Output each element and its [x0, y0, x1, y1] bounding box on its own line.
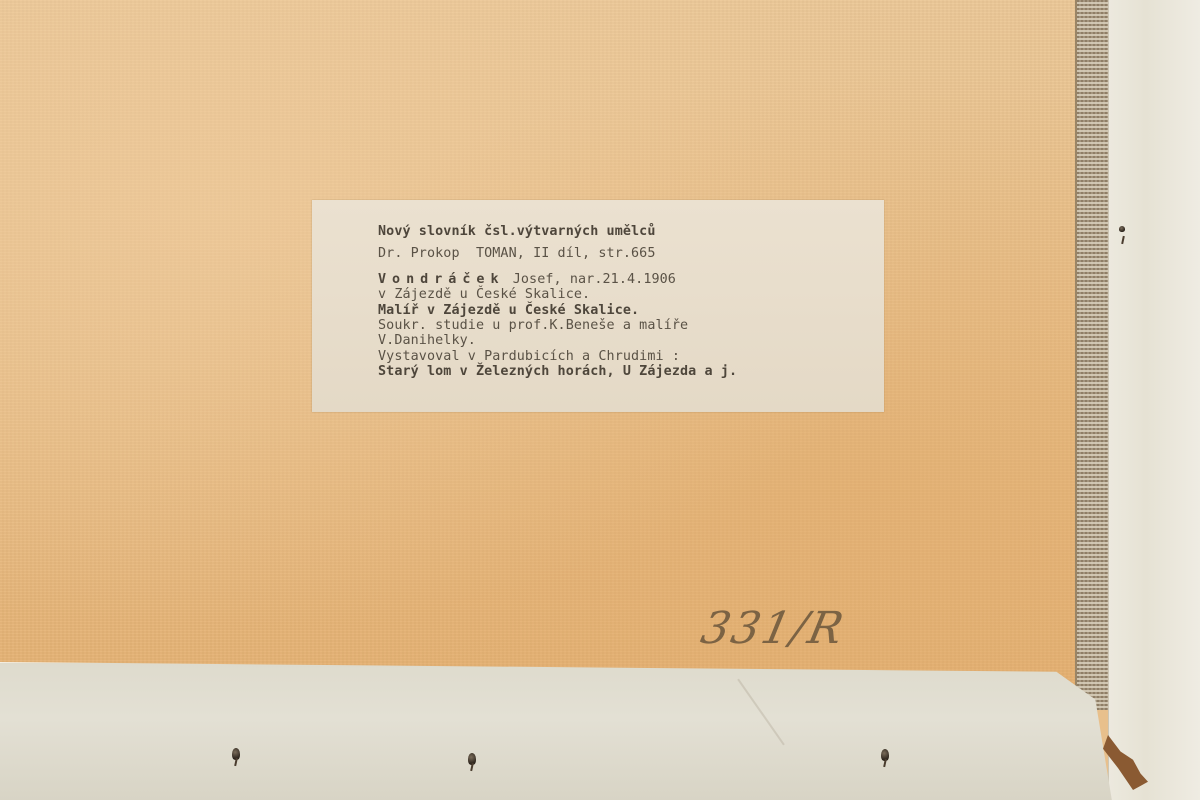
nail-icon [232, 748, 240, 760]
label-exhibitions: Vystavoval v Pardubicích a Chrudimi : [378, 349, 884, 364]
nail-icon [468, 753, 476, 765]
label-artist-birth: Josef, nar.21.4.1906 [505, 272, 676, 287]
nail-icon [1119, 226, 1125, 232]
label-source-title: Nový slovník čsl.výtvarných umělců [378, 224, 884, 239]
label-source-author: Dr. Prokop TOMAN, II díl, str.665 [378, 246, 884, 261]
paper-tape-bottom [0, 662, 1112, 800]
paper-tape-right [1108, 0, 1200, 800]
handwritten-inventory-number: 331/R [695, 598, 838, 660]
nail-icon [881, 749, 889, 761]
label-studies-cont: V.Danihelky. [378, 333, 884, 348]
label-birthplace: v Zájezdě u České Skalice. [378, 287, 884, 302]
label-works: Starý lom v Železných horách, U Zájezda … [378, 364, 884, 379]
label-artist-entry: Vondráček Josef, nar.21.4.1906 [378, 272, 884, 287]
label-occupation: Malíř v Zájezdě u České Skalice. [378, 303, 884, 318]
typed-provenance-label: Nový slovník čsl.výtvarných umělců Dr. P… [312, 200, 884, 412]
label-artist-surname: Vondráček [378, 272, 505, 287]
label-studies: Soukr. studie u prof.K.Beneše a malíře [378, 318, 884, 333]
